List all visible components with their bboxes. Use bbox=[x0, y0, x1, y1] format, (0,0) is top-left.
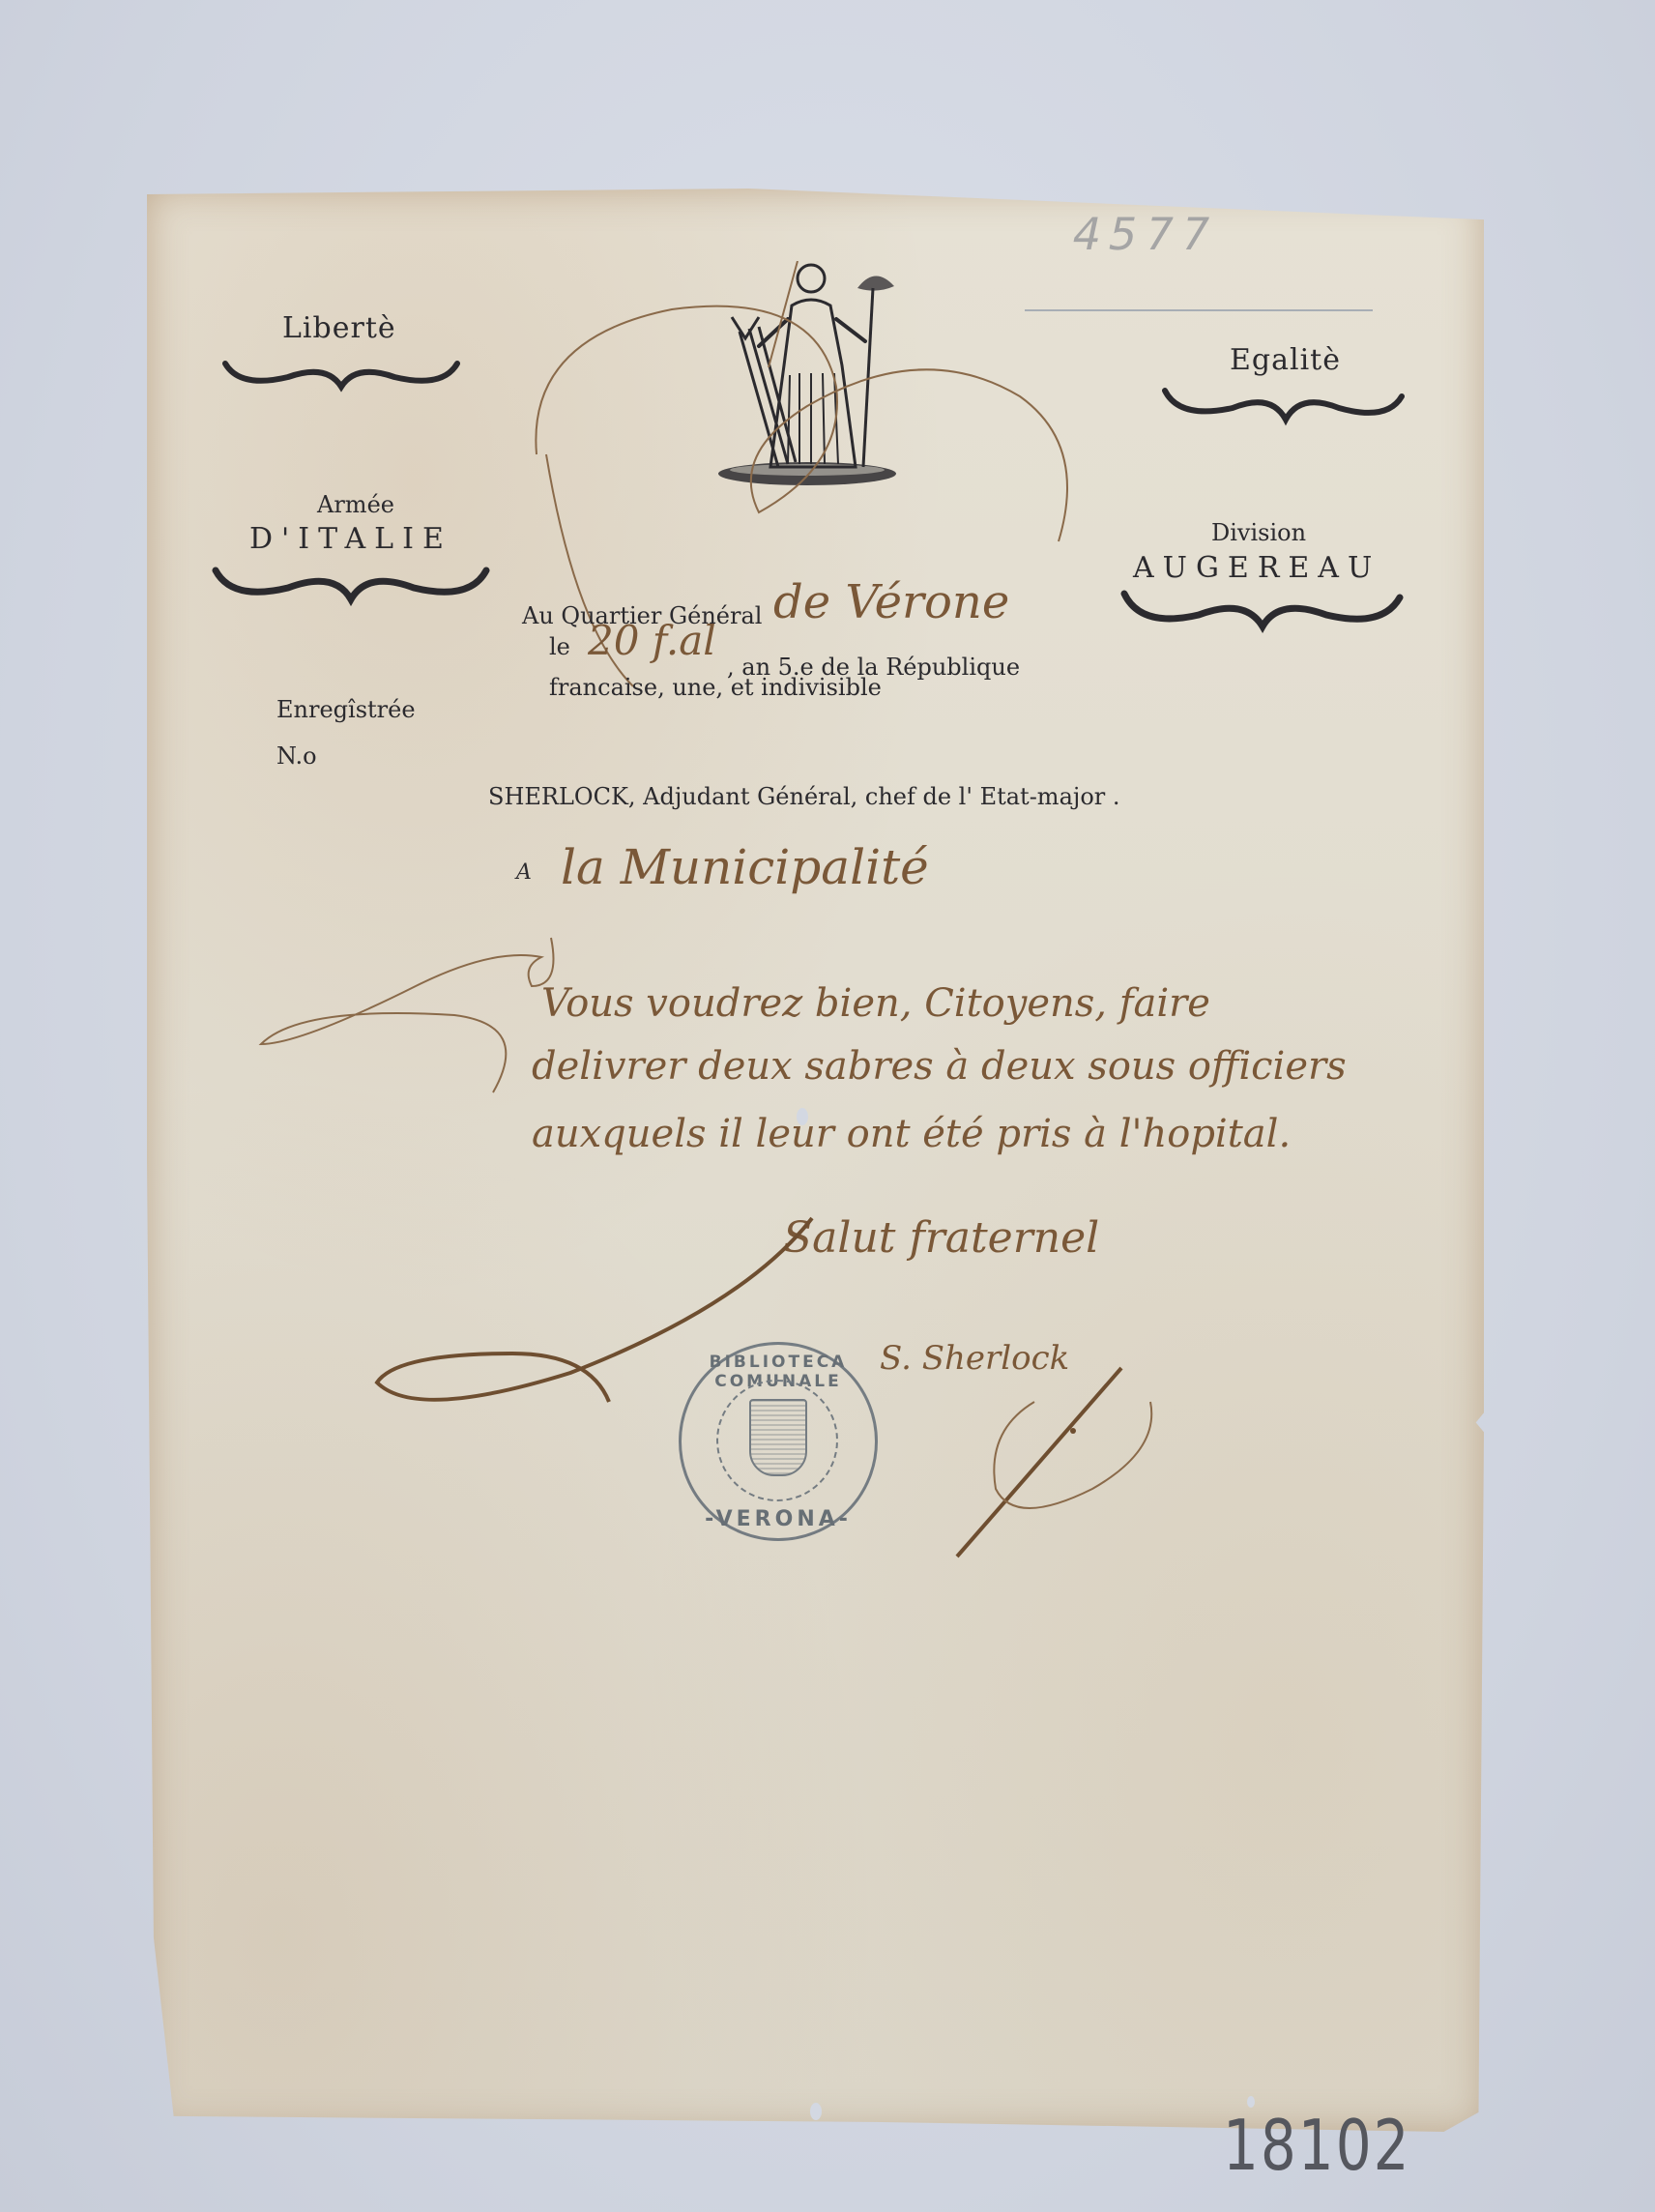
army-label: Armée bbox=[317, 491, 394, 518]
paper-hole-bottom-2 bbox=[1247, 2096, 1255, 2108]
motto-egalite: Egalitè bbox=[1230, 343, 1341, 377]
ornament-swash-left-bottom bbox=[211, 563, 491, 607]
ornament-swash-left-top bbox=[220, 356, 462, 394]
recipient-printed-prefix: A bbox=[516, 860, 532, 885]
body-line-3: auxquels il leur ont été pris à l'hopita… bbox=[532, 1112, 1291, 1156]
body-line-1: Vous voudrez bien, Citoyens, faire bbox=[541, 981, 1210, 1026]
ornament-swash-right-top bbox=[1160, 385, 1407, 427]
hq-handwritten-place: de Vérone bbox=[773, 575, 1009, 629]
pencil-annotation-top: 4577 bbox=[1067, 208, 1223, 260]
hq-printed-line3: francaise, une, et indivisible bbox=[549, 674, 882, 701]
hq-printed-le: le bbox=[549, 633, 570, 660]
signature-paraph bbox=[947, 1363, 1179, 1580]
coat-of-arms-icon bbox=[749, 1399, 807, 1476]
stamp-bottom-text: -VERONA- bbox=[682, 1507, 875, 1531]
pencil-annotation-bottom: 18102 bbox=[1223, 2105, 1411, 2187]
pencil-rule-line bbox=[1025, 309, 1373, 311]
sender-line: SHERLOCK, Adjudant Général, chef de l' E… bbox=[488, 783, 1120, 810]
registration-label: Enregîstrée bbox=[276, 696, 416, 723]
division-label: Division bbox=[1211, 519, 1306, 546]
handwritten-flourish-v bbox=[242, 928, 570, 1106]
registration-number-label: N.o bbox=[276, 742, 317, 770]
body-line-2: delivrer deux sabres à deux sous officie… bbox=[532, 1044, 1347, 1089]
hq-handwritten-date: 20 f.al bbox=[588, 617, 716, 664]
recipient-handwritten: la Municipalité bbox=[561, 839, 929, 895]
paper-hole bbox=[797, 1108, 808, 1125]
library-stamp: BIBLIOTECA COMUNALE -VERONA- bbox=[679, 1342, 878, 1541]
army-name: D'ITALIE bbox=[249, 522, 452, 556]
paper-hole-bottom-1 bbox=[810, 2103, 822, 2120]
motto-liberte: Libertè bbox=[282, 311, 396, 345]
